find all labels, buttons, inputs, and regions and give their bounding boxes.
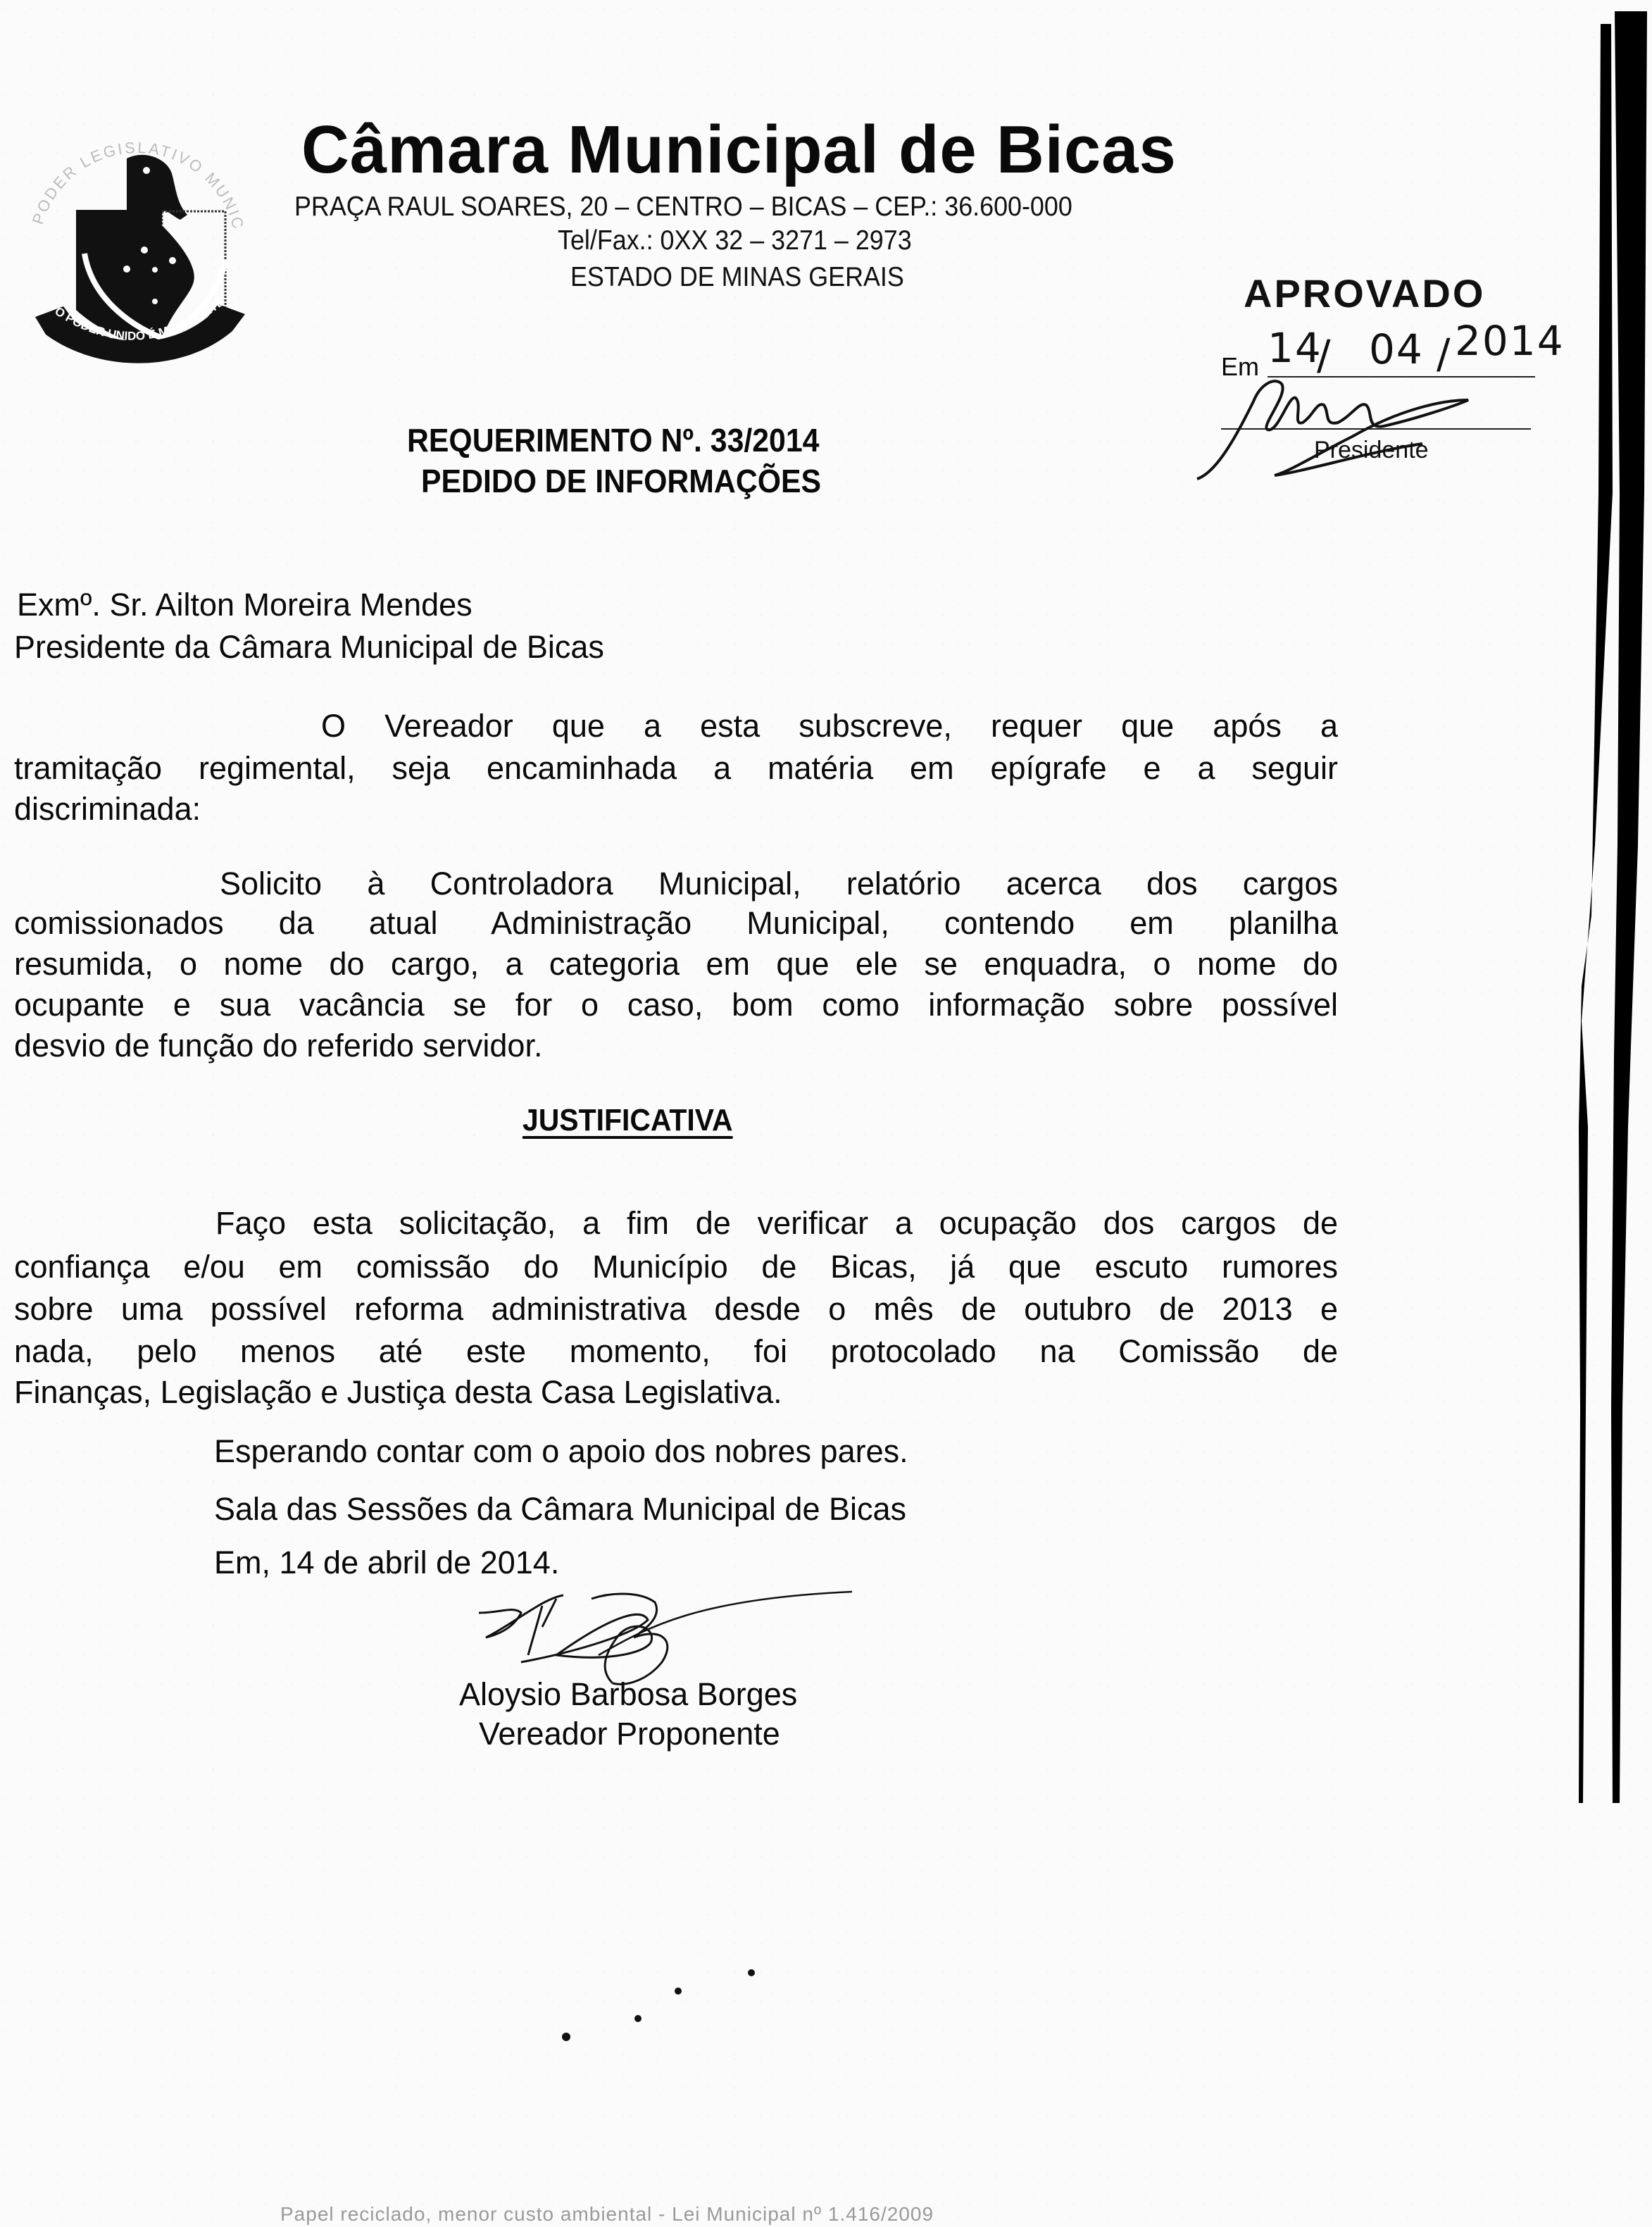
request-line: comissionados da atual Administração Mun… (14, 907, 1338, 939)
approval-day: 14 (1268, 324, 1322, 372)
document-date: Em, 14 de abril de 2014. (214, 1547, 559, 1578)
recycled-paper-note: Papel reciclado, menor custo ambiental -… (280, 2203, 934, 2226)
municipal-seal: PODER LEGISLATIVO MUNICIPAL O PODER UNID… (21, 106, 254, 366)
institution-address: PRAÇA RAUL SOARES, 20 – CENTRO – BICAS –… (294, 192, 1072, 223)
scan-artifact-dot (634, 2015, 642, 2022)
request-line: desvio de função do referido servidor. (14, 1030, 1338, 1061)
document-subtitle: PEDIDO DE INFORMAÇÕES (421, 462, 821, 500)
addressee-name: Exmº. Sr. Ailton Moreira Mendes (17, 589, 473, 620)
justification-heading: JUSTIFICATIVA (522, 1103, 733, 1138)
scanner-edge-shadow (1549, 0, 1652, 1831)
scan-artifact-dot (675, 1988, 682, 1995)
closing-text: Esperando contar com o apoio dos nobres … (214, 1435, 908, 1467)
scan-artifact-dot (562, 2033, 570, 2041)
approval-status: APROVADO (1244, 270, 1485, 316)
request-line: resumida, o nome do cargo, a categoria e… (14, 948, 1338, 980)
session-place: Sala das Sessões da Câmara Municipal de … (214, 1493, 906, 1525)
institution-title: Câmara Municipal de Bicas (301, 111, 1177, 189)
coat-of-arms-icon: PODER LEGISLATIVO MUNICIPAL O PODER UNID… (21, 106, 254, 366)
approval-signer-role: Presidente (1314, 437, 1429, 464)
signer-role: Vereador Proponente (479, 1716, 780, 1752)
justification-line: confiança e/ou em comissão do Município … (14, 1251, 1338, 1283)
approval-year: 2014 (1455, 317, 1565, 365)
justification-line: Faço esta solicitação, a fim de verifica… (215, 1207, 1338, 1239)
justification-line: sobre uma possível reforma administrativ… (14, 1293, 1338, 1325)
request-line: Solicito à Controladora Municipal, relat… (220, 868, 1338, 899)
justification-line: Finanças, Legislação e Justiça desta Cas… (14, 1376, 1338, 1408)
justification-line: nada, pelo menos até este momento, foi p… (14, 1335, 1338, 1367)
councillor-signature-icon (472, 1585, 866, 1690)
intro-line: O Vereador que a esta subscreve, requer … (321, 710, 1338, 742)
institution-state: ESTADO DE MINAS GERAIS (570, 262, 904, 293)
intro-line: tramitação regimental, seja encaminhada … (14, 752, 1338, 784)
addressee-title: Presidente da Câmara Municipal de Bicas (14, 631, 604, 663)
document-title: REQUERIMENTO Nº. 33/2014 (407, 421, 819, 459)
president-signature-icon (1190, 366, 1542, 486)
scan-artifact-dot (748, 1969, 755, 1976)
institution-phone: Tel/Fax.: 0XX 32 – 3271 – 2973 (558, 225, 912, 256)
intro-line: discriminada: (14, 793, 1338, 825)
signer-name: Aloysio Barbosa Borges (459, 1676, 797, 1713)
request-line: ocupante e sua vacância se for o caso, b… (14, 989, 1338, 1021)
